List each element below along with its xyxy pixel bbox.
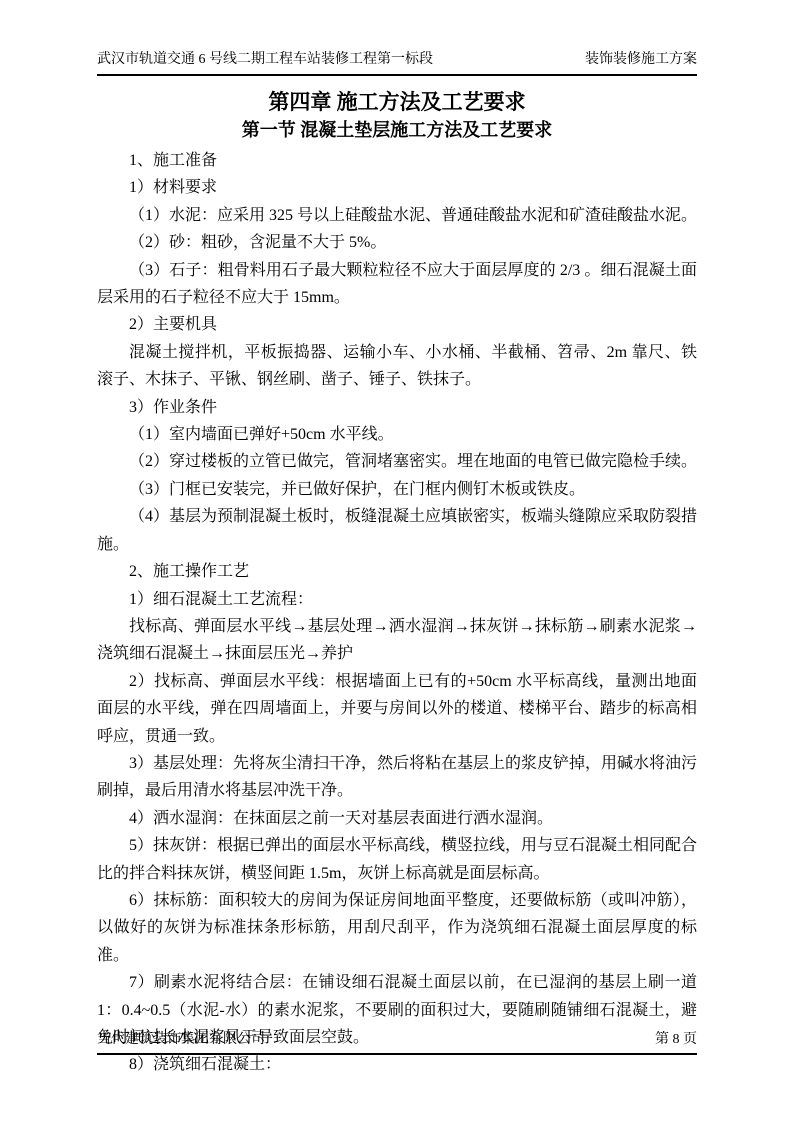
page-header: 武汉市轨道交通 6 号线二期工程车站装修工程第一标段 装饰装修施工方案	[97, 50, 697, 76]
paragraph: 6）抹标筋：面积较大的房间为保证房间地面平整度，还要做标筋（或叫冲筋），以做好的…	[97, 887, 697, 969]
header-project-title: 武汉市轨道交通 6 号线二期工程车站装修工程第一标段	[97, 50, 433, 70]
paragraph: 1、施工准备	[97, 147, 697, 174]
paragraph: 5）抹灰饼：根据已弹出的面层水平标高线，横竖拉线，用与豆石混凝土相同配合比的拌合…	[97, 832, 697, 887]
paragraph: 2）找标高、弹面层水平线：根据墙面上已有的+50cm 水平标高线，量测出地面面层…	[97, 668, 697, 750]
header-doc-type: 装饰装修施工方案	[585, 50, 697, 70]
paragraph: 混凝土搅拌机，平板振捣器、运输小车、小水桶、半截桶、笤帚、2m 靠尺、铁滚子、木…	[97, 339, 697, 394]
paragraph: （4）基层为预制混凝土板时，板缝混凝土应填嵌密实，板端头缝隙应采取防裂措施。	[97, 503, 697, 558]
paragraph: 1）材料要求	[97, 174, 697, 201]
paragraph: 1）细石混凝土工艺流程：	[97, 586, 697, 613]
chapter-title: 第四章 施工方法及工艺要求	[97, 88, 697, 116]
paragraph: 2、施工操作工艺	[97, 558, 697, 585]
paragraph: （3）石子：粗骨料用石子最大颗粒粒径不应大于面层厚度的 2/3 。细石混凝土面层…	[97, 257, 697, 312]
paragraph: （1）水泥：应采用 325 号以上硅酸盐水泥、普通硅酸盐水泥和矿渣硅酸盐水泥。	[97, 202, 697, 229]
paragraph: 3）基层处理：先将灰尘清扫干净，然后将粘在基层上的浆皮铲掉，用碱水将油污刷掉，最…	[97, 750, 697, 805]
document-body: 1、施工准备 1）材料要求 （1）水泥：应采用 325 号以上硅酸盐水泥、普通硅…	[97, 147, 697, 1079]
paragraph: 8）浇筑细石混凝土：	[97, 1051, 697, 1078]
document-page: 武汉市轨道交通 6 号线二期工程车站装修工程第一标段 装饰装修施工方案 第四章 …	[0, 0, 793, 1122]
paragraph: （2）砂：粗砂，含泥量不大于 5%。	[97, 229, 697, 256]
footer-company-name: 当代建筑装饰集团有限公司	[97, 1030, 265, 1050]
paragraph: （2）穿过楼板的立管已做完，管洞堵塞密实。埋在地面的电管已做完隐检手续。	[97, 448, 697, 475]
document-content: 第四章 施工方法及工艺要求 第一节 混凝土垫层施工方法及工艺要求 1、施工准备 …	[97, 88, 697, 1079]
paragraph: （1）室内墙面已弹好+50cm 水平线。	[97, 421, 697, 448]
footer-page-number: 第 8 页	[655, 1030, 697, 1050]
paragraph: 找标高、弹面层水平线→基层处理→洒水湿润→抹灰饼→抹标筋→刷素水泥浆→浇筑细石混…	[97, 613, 697, 668]
section-title: 第一节 混凝土垫层施工方法及工艺要求	[97, 116, 697, 144]
paragraph: 4）洒水湿润：在抹面层之前一天对基层表面进行洒水湿润。	[97, 805, 697, 832]
page-footer: 当代建筑装饰集团有限公司 第 8 页	[97, 1030, 697, 1055]
paragraph: 3）作业条件	[97, 394, 697, 421]
paragraph: （3）门框已安装完，并已做好保护，在门框内侧钉木板或铁皮。	[97, 476, 697, 503]
paragraph: 2）主要机具	[97, 311, 697, 338]
